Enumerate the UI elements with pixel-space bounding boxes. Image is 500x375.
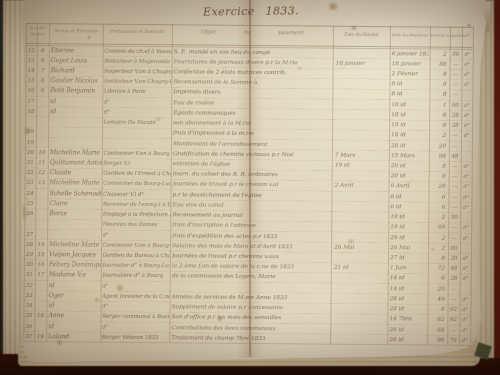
cell-name: Claude bbox=[50, 168, 102, 178]
header-date-mandat: Date du Mandat bbox=[333, 32, 390, 37]
cell-c: 60 bbox=[450, 100, 461, 110]
cell-o: d° bbox=[462, 80, 472, 90]
cell-f: 8 bbox=[429, 110, 446, 120]
cell-prof: Gardien du Bureau à Chagny bbox=[102, 251, 169, 262]
cell-f: 2 bbox=[428, 243, 445, 253]
cell-n1: 30 bbox=[24, 260, 34, 270]
cell-n1: 24 bbox=[25, 189, 35, 199]
cell-f: 96 bbox=[427, 335, 444, 345]
cell-n1: 25 bbox=[25, 199, 35, 209]
cell-d2: 28 id bbox=[391, 141, 428, 151]
cell-f: 2 bbox=[428, 213, 445, 223]
cell-n1: 13 bbox=[26, 56, 36, 66]
cell-c: 48 bbox=[448, 264, 459, 274]
cell-f: 2 bbox=[430, 49, 447, 59]
cell-d2: 19 id bbox=[390, 212, 427, 222]
cell-c: 50 bbox=[449, 213, 460, 223]
cell-o: d° bbox=[461, 233, 471, 243]
cell-o: d° bbox=[462, 111, 472, 121]
cell-name: Micheline Marie bbox=[49, 240, 101, 250]
cell-f: 68 bbox=[427, 325, 444, 335]
cell-prof: d° bbox=[104, 97, 171, 108]
table-top-rule bbox=[26, 23, 473, 28]
cell-prof: d° bbox=[103, 230, 170, 241]
cell-o: d° bbox=[460, 336, 470, 346]
cell-n2: 8 bbox=[37, 76, 48, 86]
ledger-page: Exercice 1833. N.os des Mandats Noms et … bbox=[0, 0, 500, 375]
cell-f: 62 bbox=[427, 315, 444, 325]
cell-obj: Traitement du champ 7bre 1833 bbox=[171, 333, 329, 344]
cell-c: 20 bbox=[448, 254, 459, 264]
cell-f: 88 bbox=[430, 59, 447, 69]
cell-o: d° bbox=[462, 70, 472, 80]
cell-name: Vuipon Jacques bbox=[49, 250, 101, 260]
cell-c: — bbox=[449, 162, 460, 172]
cell-f: 69 bbox=[428, 223, 445, 233]
cell-n1: 14 bbox=[26, 66, 36, 76]
cell-d2: 1 Juin bbox=[390, 263, 427, 273]
cell-name: Oger bbox=[49, 291, 101, 301]
cell-d2: 2 Février bbox=[392, 69, 429, 79]
cell-f: 2 bbox=[429, 131, 446, 141]
cell-n2: 18 bbox=[35, 311, 46, 321]
cell-f: 8 bbox=[429, 90, 446, 100]
cell-f: 2 bbox=[428, 233, 445, 243]
cell-f: 8 bbox=[429, 162, 446, 172]
cell-n2: 10 bbox=[36, 148, 47, 158]
cell-d2: 19 id bbox=[390, 223, 427, 233]
header-numero-line1: N.os des bbox=[26, 26, 49, 30]
cell-prof: Chasseur V.l d° bbox=[103, 189, 170, 200]
cell-d1: 2 Avril bbox=[335, 181, 387, 191]
cell-n1: 26 bbox=[25, 209, 35, 219]
cell-c: — bbox=[449, 192, 460, 202]
header-noms: Noms et Prénoms bbox=[49, 29, 103, 34]
cell-c: — bbox=[450, 60, 461, 70]
header-observations: d° bbox=[462, 33, 473, 38]
cell-n1: 34 bbox=[24, 301, 34, 311]
cell-prof: Berger communal à Bourg bbox=[102, 312, 169, 323]
cell-prof: Instituteur V.on Chagny-Lux. bbox=[104, 77, 171, 88]
cell-n1: 23 bbox=[25, 178, 35, 188]
cell-f: 28 bbox=[429, 182, 446, 192]
cell-d1: 26 Mai bbox=[334, 242, 386, 252]
cell-name: Claire bbox=[49, 199, 101, 209]
cell-n1: 20 bbox=[25, 148, 35, 158]
header-numero-line2: Mandats bbox=[26, 32, 49, 36]
cell-f: 6 bbox=[429, 172, 446, 182]
cell-n2: 15 bbox=[35, 250, 46, 260]
cell-c: — bbox=[448, 325, 459, 335]
cell-n2: 19 bbox=[35, 332, 46, 342]
cell-c: — bbox=[449, 233, 460, 243]
cell-o: d° bbox=[460, 254, 470, 264]
cell-o: d° bbox=[461, 192, 471, 202]
cell-name: Madame V.e bbox=[49, 271, 101, 281]
cell-c: 62 bbox=[448, 305, 459, 315]
cell-c: 76 bbox=[448, 335, 459, 345]
cell-d1: 19 id bbox=[335, 161, 387, 171]
cell-f: 20 bbox=[428, 284, 445, 294]
cell-d2: 8 id bbox=[391, 79, 428, 89]
cell-f: 1 bbox=[429, 100, 446, 110]
cell-prof: Journalière d° à Bourg bbox=[102, 271, 169, 282]
cell-c: — bbox=[449, 203, 460, 213]
cell-prof: Agent forestier de la C.ne du Bourg bbox=[102, 292, 169, 303]
cell-f: 49 bbox=[428, 294, 445, 304]
cell-d2: 14 id bbox=[390, 274, 427, 284]
ledger-photo: Exercice 1833. N.os des Mandats Noms et … bbox=[0, 0, 500, 375]
cell-c: 28 bbox=[450, 121, 461, 131]
cell-d2: 29 id bbox=[390, 233, 427, 243]
cell-n2: 6 bbox=[37, 56, 48, 66]
cell-c: 48 bbox=[449, 151, 460, 161]
cell-f: 8 bbox=[429, 80, 446, 90]
cell-d2: 6 id bbox=[390, 192, 427, 202]
cell-n1: 17 bbox=[26, 97, 36, 107]
cell-n1: 16 bbox=[26, 86, 36, 96]
cell-o: d° bbox=[460, 325, 470, 335]
header-objet: Objet du paiement bbox=[172, 29, 333, 36]
cell-d1: 18 janvier bbox=[336, 59, 388, 69]
cell-n1: 33 bbox=[24, 291, 34, 301]
page-title: Exercice 1833. bbox=[196, 4, 306, 18]
cell-name: Borze bbox=[49, 209, 101, 219]
cell-n1: 21 bbox=[25, 158, 35, 168]
cell-prof: Commis du ch.ef à Vesoul bbox=[104, 46, 171, 57]
cell-d2: 27 id bbox=[390, 253, 427, 263]
cell-f: 98 bbox=[429, 151, 446, 161]
cell-o: d° bbox=[462, 60, 472, 70]
cell-o: d° bbox=[460, 305, 470, 315]
cell-name: id bbox=[48, 322, 100, 332]
cell-prof: d° bbox=[102, 281, 169, 292]
cell-n2: 12 bbox=[36, 168, 47, 178]
cell-name: Micheline Marie bbox=[50, 179, 102, 189]
cell-prof: d° bbox=[102, 322, 169, 333]
cell-o: d° bbox=[462, 121, 472, 131]
cell-prof: Rédacteur à Magenvelle bbox=[104, 56, 171, 67]
cell-n1: 35 bbox=[24, 311, 34, 321]
cell-d2: 18 id bbox=[391, 110, 428, 120]
cell-name: Etienne bbox=[51, 46, 103, 56]
cell-o: d° bbox=[462, 49, 472, 59]
cell-name: Schelle Schénodile bbox=[49, 189, 101, 199]
cell-n1: 28 bbox=[25, 240, 35, 250]
cell-d2: 6 janvier 1833 bbox=[392, 49, 429, 59]
cell-prof: Heureux des Dames bbox=[103, 220, 170, 231]
cell-n1: 12 bbox=[26, 46, 36, 56]
cell-name: Febvry Dominique bbox=[49, 260, 101, 270]
cell-n2: 9 bbox=[37, 87, 48, 97]
cell-c: — bbox=[449, 141, 460, 151]
cell-d2: 20 id bbox=[391, 171, 428, 181]
cell-d1: 7 Mars bbox=[335, 150, 387, 160]
cell-d2: 14 id bbox=[390, 284, 427, 294]
cell-n2: 16 bbox=[35, 260, 46, 270]
cell-d2: 8 id bbox=[391, 90, 428, 100]
cell-d2: 18 id bbox=[391, 100, 428, 110]
cell-d2: 28 id bbox=[390, 294, 427, 304]
cell-f: 8 bbox=[427, 305, 444, 315]
cell-c: — bbox=[449, 223, 460, 233]
cell-prof: Cantonnier du Bourg-Luc bbox=[103, 179, 170, 190]
cell-d1: 21 id bbox=[334, 263, 386, 273]
cell-f: 6 bbox=[428, 192, 445, 202]
cell-n2: 6 bbox=[37, 46, 48, 56]
cell-o: d° bbox=[460, 264, 470, 274]
cell-n2: 14 bbox=[36, 240, 47, 250]
cell-c: — bbox=[448, 295, 459, 305]
header-professions: Professions et Domicile bbox=[103, 30, 172, 36]
cell-f: 72 bbox=[428, 264, 445, 274]
cell-d2: 15 Mars bbox=[391, 151, 428, 161]
cell-c: — bbox=[449, 131, 460, 141]
cell-n1: 27 bbox=[25, 230, 35, 240]
cell-name: Quittamont Antoine bbox=[50, 158, 102, 168]
cell-c: — bbox=[448, 284, 459, 294]
cell-c: — bbox=[449, 182, 460, 192]
cell-n1: 37 bbox=[24, 332, 34, 342]
cell-o: d° bbox=[461, 223, 471, 233]
cell-d2: 14 7bre bbox=[389, 314, 426, 324]
cell-d2: 20 id bbox=[391, 161, 428, 171]
cell-n1: 32 bbox=[24, 281, 34, 291]
cell-prof: Journalier d° à Bourg-Luxeuil bbox=[102, 261, 169, 272]
cell-name: id bbox=[48, 301, 100, 311]
cell-c: 50 bbox=[450, 49, 461, 59]
cell-d2: 18 id bbox=[391, 120, 428, 130]
cell-c: — bbox=[450, 70, 461, 80]
cell-name: id bbox=[50, 107, 102, 117]
cell-name: id bbox=[50, 97, 102, 107]
cell-f: 6 bbox=[428, 274, 445, 284]
cell-n1: 19 bbox=[26, 127, 36, 137]
cell-name: Guyot Louis bbox=[51, 56, 103, 66]
cell-f: 20 bbox=[429, 141, 446, 151]
cell-o: d° bbox=[461, 203, 471, 213]
cell-c: 28 bbox=[448, 274, 459, 284]
cell-o: d° bbox=[460, 274, 470, 284]
cell-d2: 26 id bbox=[389, 325, 426, 335]
cell-c: — bbox=[450, 90, 461, 100]
cell-prof: d° bbox=[102, 302, 169, 313]
cell-name: Gaulier Nicolas bbox=[50, 76, 102, 86]
cell-name: id bbox=[49, 281, 101, 291]
cell-prof: Receveur de l'enreg.t à Bourg bbox=[103, 200, 170, 211]
cell-n1: 22 bbox=[25, 168, 35, 178]
cell-o: d° bbox=[461, 162, 471, 172]
cell-c: — bbox=[450, 80, 461, 90]
cell-n2: 11 bbox=[36, 158, 47, 168]
cell-f: 6 bbox=[428, 202, 445, 212]
cell-n2: 13 bbox=[36, 179, 47, 189]
cell-name: Petit Benjamin bbox=[50, 87, 102, 97]
cell-d2: 18 janvier bbox=[392, 59, 429, 69]
cell-name: Micheline Marie bbox=[50, 148, 102, 158]
cell-c: — bbox=[449, 172, 460, 182]
cell-d2: 26 Mai bbox=[390, 243, 427, 253]
cell-d2: 26 id bbox=[389, 335, 426, 345]
cell-name: Laland bbox=[48, 332, 100, 342]
header-somme: Somme acquittée bbox=[430, 33, 462, 38]
cell-prof: d° bbox=[104, 108, 171, 119]
cell-name: Anne bbox=[48, 312, 100, 322]
cell-prof: Employé à la Préfecture à Bourg bbox=[103, 210, 170, 221]
cell-prof: Berger V.l bbox=[103, 159, 170, 170]
cell-d2: 18 id bbox=[391, 131, 428, 141]
cell-d2: 6 Avril bbox=[391, 182, 428, 192]
cell-c: 80 bbox=[449, 243, 460, 253]
cell-f: 8 bbox=[430, 70, 447, 80]
cell-n1: 18 bbox=[26, 107, 36, 117]
cell-o: d° bbox=[460, 295, 470, 305]
cell-f: 8 bbox=[429, 121, 446, 131]
cell-n1: 29 bbox=[24, 250, 34, 260]
cell-n1: 15 bbox=[26, 76, 36, 86]
header-date-paiement: Date du Paiement bbox=[390, 32, 430, 37]
cell-prof: Inspecteur V.on à Chagny bbox=[104, 67, 171, 78]
cell-prof: Cantonnier V.on à Bourg l'Ernest bbox=[103, 148, 170, 159]
cell-o: d° bbox=[461, 172, 471, 182]
cell-o: d° bbox=[461, 131, 471, 141]
cell-d2: 6 id bbox=[390, 202, 427, 212]
cell-c: 28 bbox=[450, 111, 461, 121]
cell-prof: Lemaire Du Mandé bbox=[104, 118, 171, 129]
cell-n1: 19 bbox=[25, 138, 35, 148]
cell-prof: Libraire à Paris bbox=[104, 87, 171, 98]
cell-n1: 31 bbox=[24, 270, 34, 280]
cell-c: 62 bbox=[448, 315, 459, 325]
cell-prof: Cantonnier V.on à Bourg-Luxeuil bbox=[103, 240, 170, 251]
cell-n2: 7 bbox=[37, 66, 48, 76]
cell-n1: 36 bbox=[24, 322, 34, 332]
cell-o: d° bbox=[462, 100, 472, 110]
cell-name: Richard bbox=[51, 66, 103, 76]
cell-n2: 17 bbox=[35, 271, 46, 281]
cell-prof: Gardien de l'Ernest à Chagny bbox=[103, 169, 170, 180]
cell-o: d° bbox=[460, 315, 470, 325]
cell-d2: 28 id bbox=[389, 304, 426, 314]
cell-o: d° bbox=[461, 182, 471, 192]
ledger-table: Exercice 1833. N.os des Mandats Noms et … bbox=[0, 0, 500, 375]
cell-prof: Berger Vétéran 1833 bbox=[102, 332, 169, 343]
cell-f: 8 bbox=[428, 254, 445, 264]
